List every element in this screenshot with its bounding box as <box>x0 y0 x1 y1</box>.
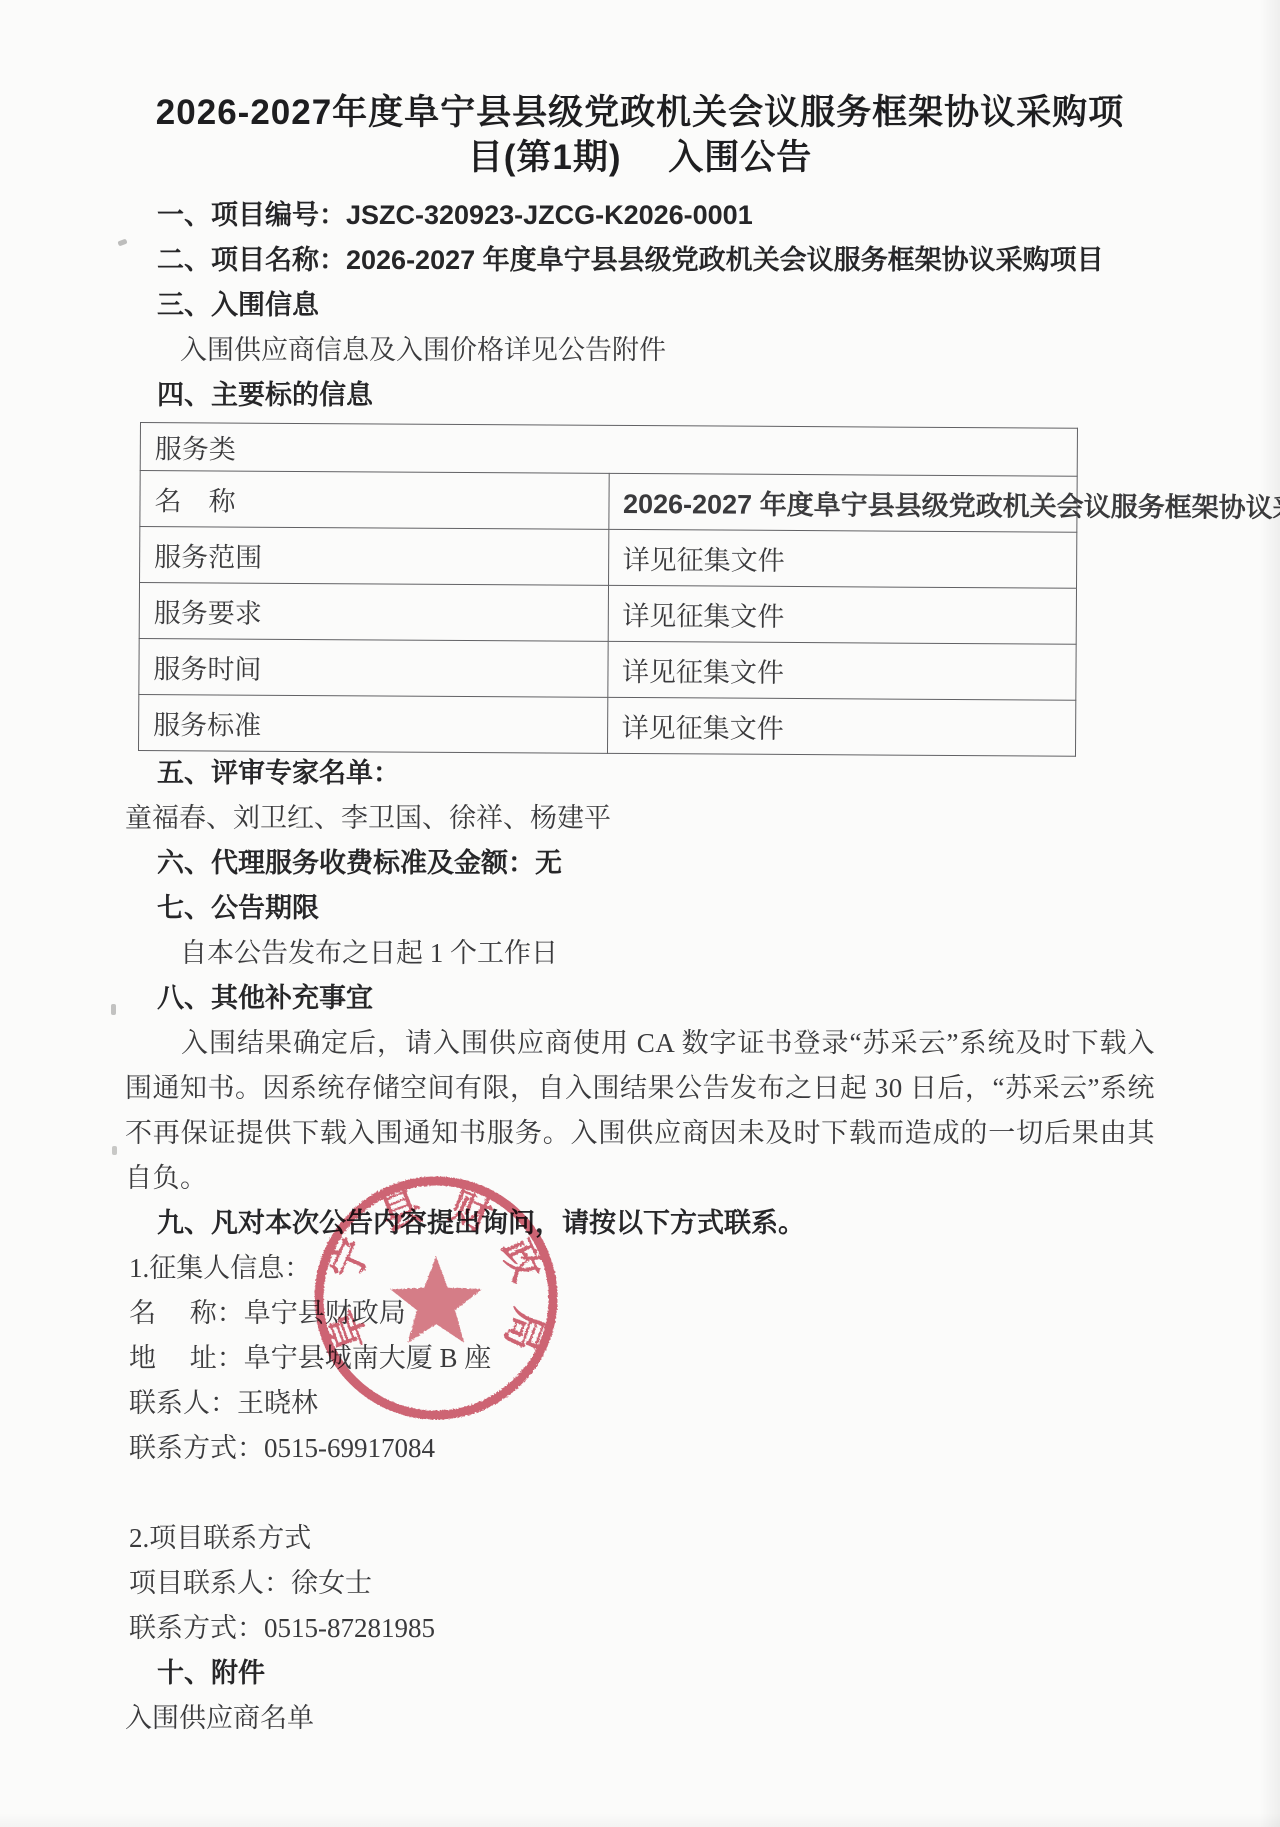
main-subject-table: 服务类 名 称 2026-2027 年度阜宁县县级党政机关会议服务框架协议采购项… <box>138 422 1078 757</box>
document-title-line2: 目(第1期) 入围公告 <box>125 135 1155 180</box>
section-project-number: 一、项目编号：JSZC-320923-JZCG-K2026-0001 <box>157 193 1155 238</box>
project-contact-phone: 联系方式：0515-87281985 <box>129 1606 1155 1651</box>
other-matters-paragraph: 入围结果确定后，请入围供应商使用 CA 数字证书登录“苏采云”系统及时下载入围通… <box>125 1021 1155 1201</box>
section-shortlist-info-heading: 三、入围信息 <box>157 283 1155 328</box>
project-contact-title: 2.项目联系方式 <box>129 1516 1155 1561</box>
table-value-requirement: 详见征集文件 <box>608 585 1077 644</box>
experts-names: 童福春、刘卫红、李卫国、徐祥、杨建平 <box>125 796 1155 841</box>
collector-phone: 联系方式：0515-69917084 <box>129 1426 1155 1471</box>
table-label-scope: 服务范围 <box>140 527 609 586</box>
blank-line <box>125 1471 1155 1516</box>
document-title-line1: 2026-2027年度阜宁县县级党政机关会议服务框架协议采购项 <box>125 90 1155 135</box>
section-announcement-period-heading: 七、公告期限 <box>157 886 1155 931</box>
table-label-time: 服务时间 <box>139 638 608 697</box>
table-value-name: 2026-2027 年度阜宁县县级党政机关会议服务框架协议采购项目 <box>608 473 1077 532</box>
scan-speck <box>112 1146 117 1155</box>
collector-name: 名 称：阜宁县财政局 <box>129 1291 1155 1336</box>
scanned-document-page: 2026-2027年度阜宁县县级党政机关会议服务框架协议采购项 目(第1期) 入… <box>0 0 1280 1827</box>
collector-address: 地 址：阜宁县城南大厦 B 座 <box>129 1336 1155 1381</box>
section-main-subject-heading: 四、主要标的信息 <box>157 373 1155 418</box>
collector-info-title: 1.征集人信息： <box>129 1246 1155 1291</box>
table-label-requirement: 服务要求 <box>139 583 608 642</box>
table-row: 服务范围 详见征集文件 <box>140 527 1077 589</box>
table-value-standard: 详见征集文件 <box>607 697 1076 756</box>
document-body: 2026-2027年度阜宁县县级党政机关会议服务框架协议采购项 目(第1期) 入… <box>0 0 1280 1741</box>
table-value-scope: 详见征集文件 <box>608 529 1077 588</box>
table-category-header: 服务类 <box>140 423 1077 477</box>
table-label-standard: 服务标准 <box>138 694 607 753</box>
section-contact-heading: 九、凡对本次公告内容提出询问，请按以下方式联系。 <box>157 1201 1155 1246</box>
section-other-matters-heading: 八、其他补充事宜 <box>157 976 1155 1021</box>
title-spacer <box>125 180 1155 193</box>
section-experts-heading: 五、评审专家名单： <box>157 751 1155 796</box>
table-row: 服务要求 详见征集文件 <box>139 583 1076 645</box>
table-row: 服务时间 详见征集文件 <box>139 638 1076 700</box>
table-row-category: 服务类 <box>140 423 1077 477</box>
attachment-body: 入围供应商名单 <box>125 1696 1155 1741</box>
scan-speck <box>111 1004 116 1015</box>
announcement-period-body: 自本公告发布之日起 1 个工作日 <box>180 931 1155 976</box>
table-row: 名 称 2026-2027 年度阜宁县县级党政机关会议服务框架协议采购项目 <box>140 471 1077 533</box>
table-label-name: 名 称 <box>140 471 609 530</box>
section-project-name: 二、项目名称：2026-2027 年度阜宁县县级党政机关会议服务框架协议采购项目 <box>157 238 1155 283</box>
section-agency-fee: 六、代理服务收费标准及金额：无 <box>157 841 1155 886</box>
project-contact-person: 项目联系人：徐女士 <box>129 1561 1155 1606</box>
shortlist-info-body: 入围供应商信息及入围价格详见公告附件 <box>180 328 1155 373</box>
collector-person: 联系人：王晓林 <box>129 1381 1155 1426</box>
section-attachment-heading: 十、附件 <box>157 1651 1155 1696</box>
table-value-time: 详见征集文件 <box>607 641 1076 700</box>
table-row: 服务标准 详见征集文件 <box>138 694 1075 756</box>
